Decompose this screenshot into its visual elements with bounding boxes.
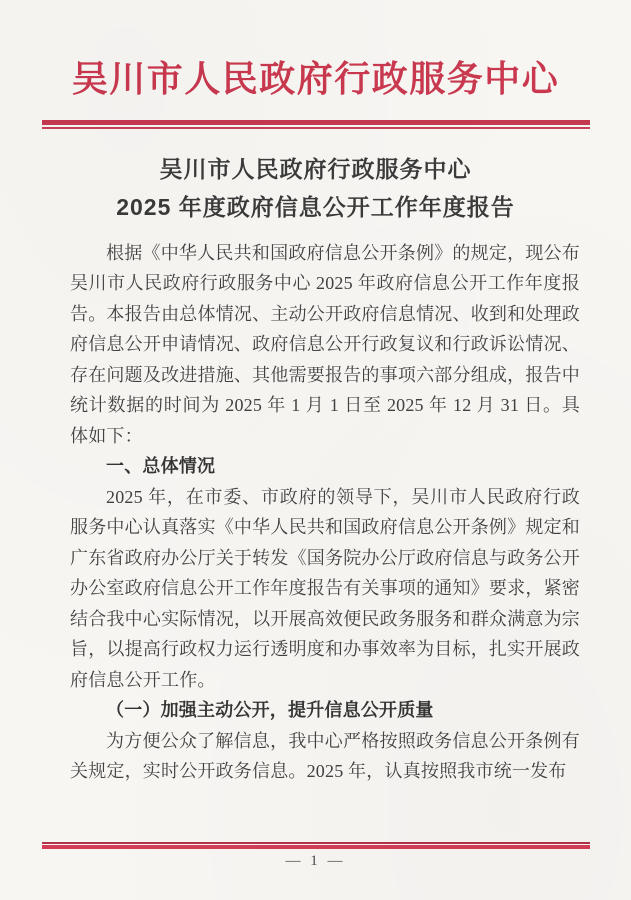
document-title-line1: 吴川市人民政府行政服务中心 [0,150,631,188]
footer-rule [42,842,590,849]
document-page: 吴川市人民政府行政服务中心 吴川市人民政府行政服务中心 2025 年度政府信息公… [0,0,631,900]
letterhead-rule-thin [42,127,590,129]
document-title-line2: 2025 年度政府信息公开工作年度报告 [0,188,631,226]
letterhead-org-name: 吴川市人民政府行政服务中心 [0,0,631,104]
document-title: 吴川市人民政府行政服务中心 2025 年度政府信息公开工作年度报告 [0,150,631,226]
page-number: — 1 — [0,853,631,870]
page-footer: — 1 — [0,842,631,870]
body-paragraph-overall: 2025 年，在市委、市政府的领导下，吴川市人民政府行政服务中心认真落实《中华人… [70,482,580,696]
document-body: 根据《中华人民共和国政府信息公开条例》的规定，现公布吴川市人民政府行政服务中心 … [70,238,580,787]
footer-rule-thick [42,845,590,849]
section-heading-overall: 一、总体情况 [70,451,580,482]
letterhead-rule [42,120,590,129]
body-paragraph-intro: 根据《中华人民共和国政府信息公开条例》的规定，现公布吴川市人民政府行政服务中心 … [70,238,580,452]
body-paragraph-proactive-disclosure: 为方便公众了解信息，我中心严格按照政务信息公开条例有关规定，实时公开政务信息。2… [70,726,580,787]
subsection-heading-proactive-disclosure: （一）加强主动公开，提升信息公开质量 [70,695,580,726]
